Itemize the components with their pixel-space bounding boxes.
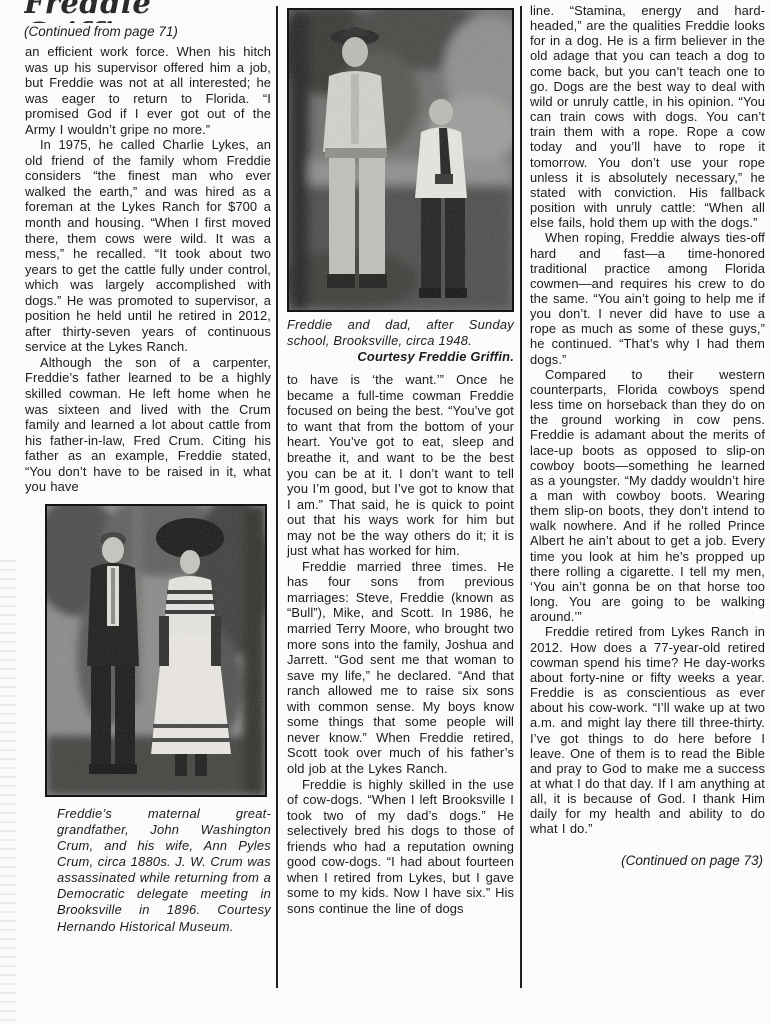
page-title: Freddie Griffin...: [24, 0, 276, 23]
photo-freddie-and-dad: [287, 8, 514, 312]
photo-caption-crum: Freddie’s maternal great-grandfather, Jo…: [57, 806, 271, 935]
paragraph: Freddie is highly skilled in the use of …: [287, 777, 514, 917]
continued-on-note: (Continued on page 73): [530, 853, 765, 869]
photo-caption-freddie-dad: Freddie and dad, after Sunday school, Br…: [287, 317, 514, 365]
magazine-page: Freddie Griffin... (Continued from page …: [0, 0, 770, 1024]
paragraph: Although the son of a carpenter, Freddie…: [25, 355, 271, 495]
column-3: line. “Stamina, energy and hard-headed,”…: [530, 3, 765, 869]
paragraph: Freddie retired from Lykes Ranch in 2012…: [530, 624, 765, 836]
photo-crum-couple: [45, 504, 267, 797]
freddie-and-dad-illustration: [289, 10, 512, 310]
paragraph: an efficient work force. When his hitch …: [25, 44, 271, 137]
continued-from-note: (Continued from page 71): [24, 24, 276, 39]
paragraph: to have is ‘the want.’” Once he became a…: [287, 372, 514, 559]
crum-couple-illustration: [47, 506, 265, 795]
photo-credit: Courtesy Freddie Griffin.: [287, 349, 514, 365]
scan-artifact: [0, 560, 16, 1024]
paragraph: In 1975, he called Charlie Lykes, an old…: [25, 137, 271, 355]
column-1: an efficient work force. When his hitch …: [25, 44, 271, 935]
paragraph: Compared to their western counterparts, …: [530, 367, 765, 625]
column-divider-right: [520, 6, 522, 988]
column-2: Freddie and dad, after Sunday school, Br…: [287, 8, 514, 916]
paragraph: Freddie married three times. He has four…: [287, 559, 514, 777]
paragraph: When roping, Freddie always ties-off har…: [530, 230, 765, 366]
title-clip: Freddie Griffin...: [24, 0, 276, 23]
column-divider-left: [276, 6, 278, 988]
article-header: Freddie Griffin... (Continued from page …: [24, 0, 276, 39]
caption-text: Freddie and dad, after Sunday school, Br…: [287, 317, 514, 348]
paragraph: line. “Stamina, energy and hard-headed,”…: [530, 3, 765, 230]
